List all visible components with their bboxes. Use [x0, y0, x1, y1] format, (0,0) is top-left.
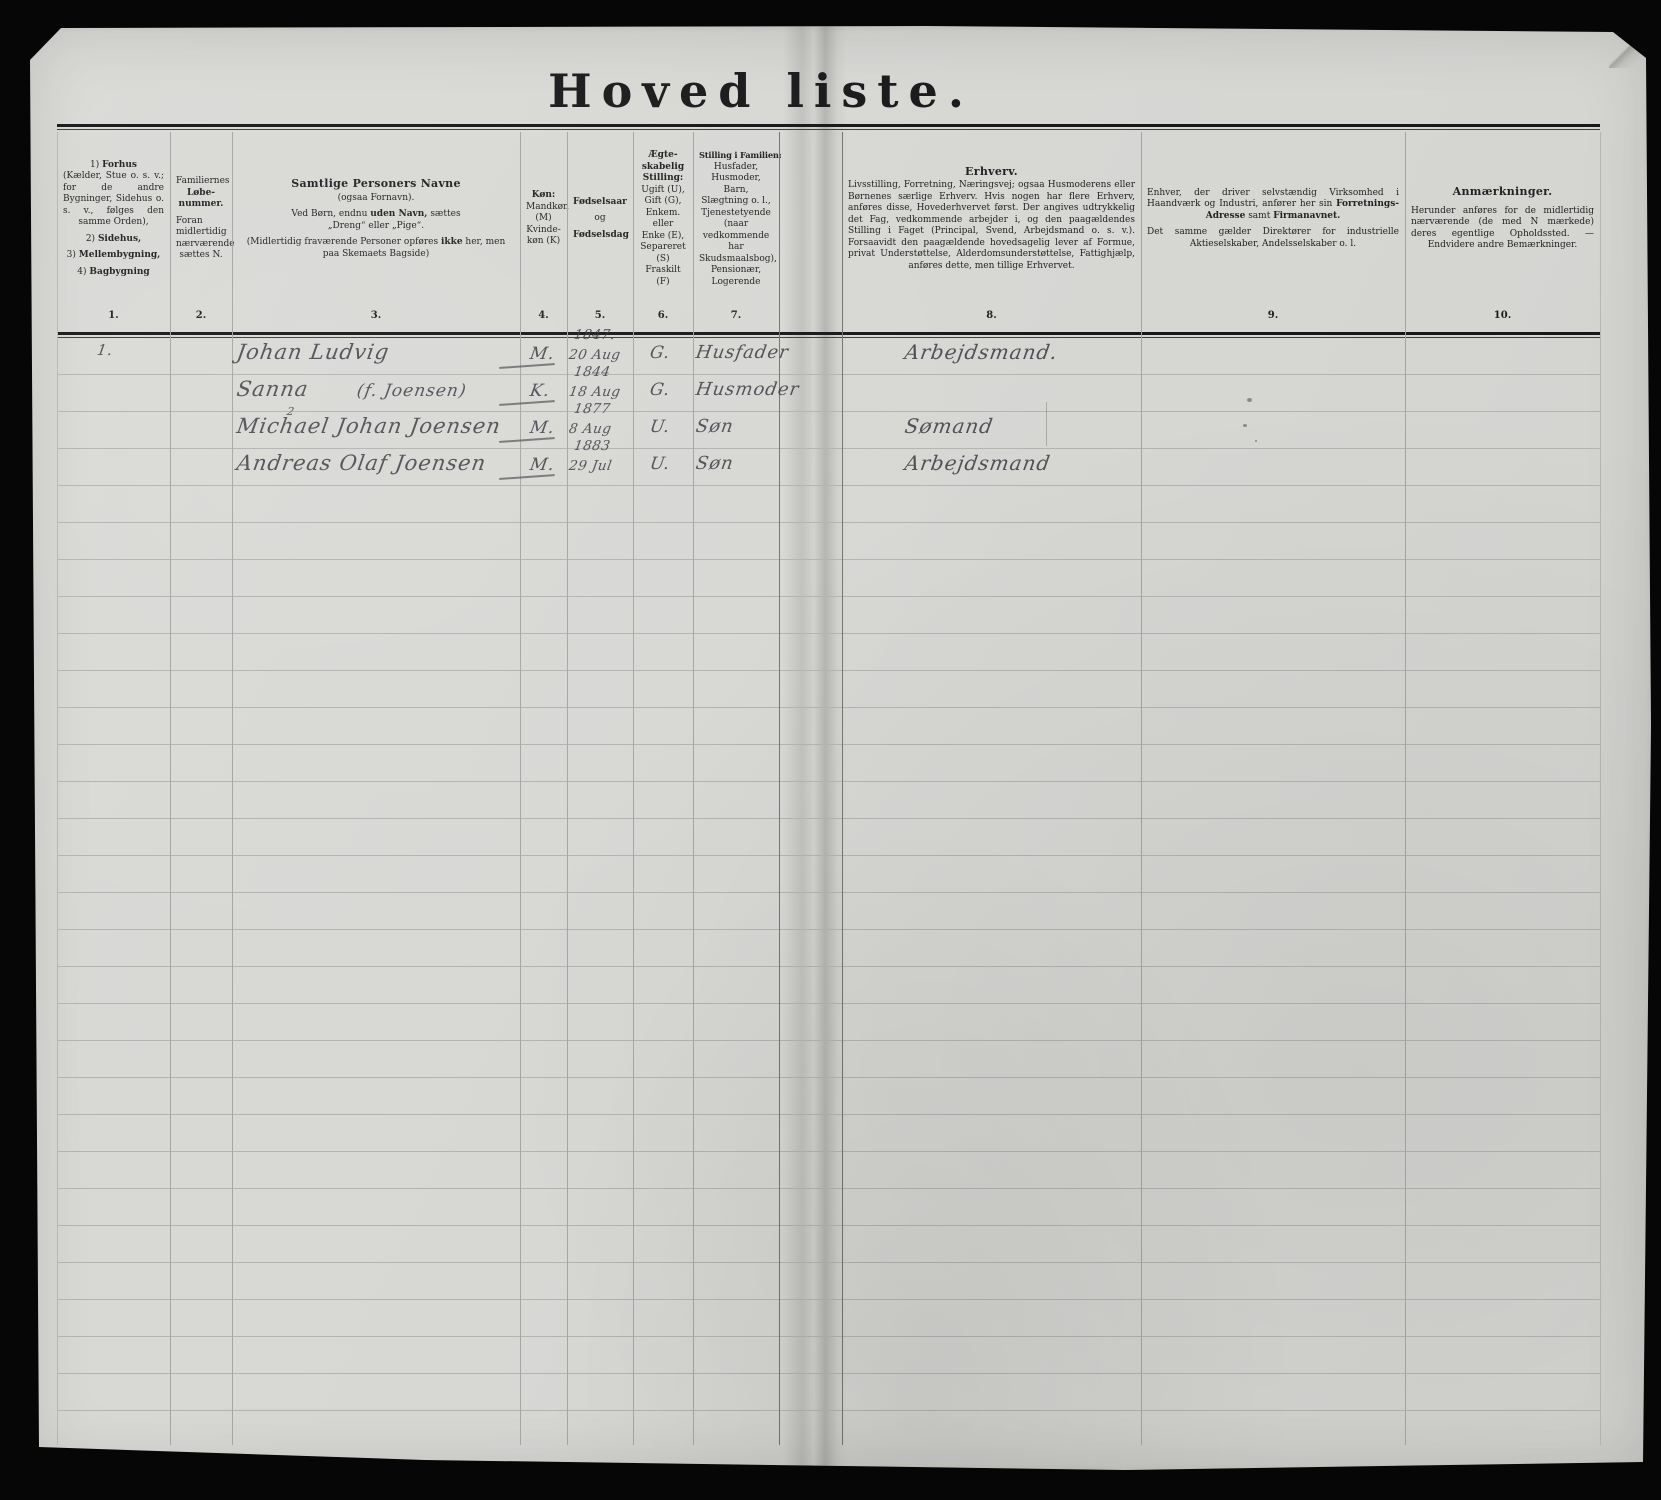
header-line: Fødselsaar: [573, 197, 627, 209]
header-line: 1) Forhus: [63, 160, 164, 172]
header-text: Stilling i Familien:: [699, 150, 782, 160]
column-number-4: 4.: [520, 310, 567, 330]
header-line: Husfader, Husmoder, Barn, Slægtning o. l…: [699, 162, 773, 289]
header-line: Gift (G),: [639, 196, 687, 208]
column-number-2: 2.: [170, 310, 232, 330]
column-number-8: 8.: [842, 310, 1141, 330]
header-line: 2) Sidehus,: [63, 234, 164, 246]
header-line: Enkem. eller: [639, 208, 687, 231]
header-text: Sidehus,: [98, 234, 141, 244]
header-line: (Midlertidig fraværende Personer opføres…: [238, 237, 514, 260]
header-line: Enke (E),: [639, 231, 687, 243]
header-text: Herunder anføres for de midlertidig nærv…: [1411, 206, 1594, 251]
column-line: [57, 132, 58, 1445]
header-line: Samtlige Personers Navne: [238, 178, 514, 190]
header-text: Samtlige Personers Navne: [291, 177, 461, 190]
header-line: nummer.: [176, 199, 226, 211]
header-line: Ugift (U),: [639, 185, 687, 197]
title-rule-thick: [57, 124, 1600, 127]
header-line: Foran midlertidig nærværende sættes N.: [176, 216, 226, 262]
header-text: Separeret: [640, 242, 686, 252]
header-line: (M): [526, 213, 561, 225]
column-header-1: 1) Forhus(Kælder, Stue o. s. v.; for de …: [57, 132, 170, 306]
column-number-7: 7.: [693, 310, 779, 330]
header-text: Familiernes: [176, 176, 230, 186]
header-line: Stilling:: [639, 173, 687, 185]
page-title: Hoved liste.: [25, 64, 1497, 118]
column-line: [1141, 132, 1142, 1445]
header-text: (ogsaa Fornavn).: [338, 193, 415, 203]
header-text: Enkem. eller: [646, 208, 681, 230]
column-number-10: 10.: [1405, 310, 1600, 330]
header-text: Firmanavnet.: [1273, 211, 1340, 221]
header-text: Foran midlertidig nærværende sættes N.: [176, 216, 235, 261]
header-text: Ægte-: [648, 150, 677, 160]
header-text: Erhverv.: [965, 165, 1018, 178]
column-header-8: Erhverv.Livsstilling, Forretning, Næring…: [842, 132, 1141, 306]
header-line: Anmærkninger.: [1411, 186, 1594, 198]
header-text: 1): [90, 160, 102, 170]
header-line: Mandkøn: [526, 202, 561, 214]
header-text: Kvinde-: [526, 225, 561, 235]
column-line: [170, 132, 171, 1445]
header-line: Erhverv.: [848, 166, 1135, 178]
column-header-6: Ægte-skabeligStilling:Ugift (U),Gift (G)…: [633, 132, 693, 306]
column-header-5: FødselsaarogFødselsdag: [567, 132, 633, 306]
header-text: Det samme gælder Direktører for industri…: [1147, 227, 1399, 249]
column-line: [232, 132, 233, 1445]
column-number-6: 6.: [633, 310, 693, 330]
header-text: Køn:: [532, 190, 556, 200]
header-text: Mellembygning,: [79, 250, 161, 260]
header-line: Køn:: [526, 190, 561, 202]
column-header-4: Køn:Mandkøn(M)Kvinde-køn (K): [520, 132, 567, 306]
column-line: [520, 132, 521, 1445]
header-text: ikke: [441, 237, 463, 247]
header-line: Fraskilt (F): [639, 265, 687, 288]
header-line: Separeret: [639, 242, 687, 254]
column-line: [842, 132, 843, 1445]
header-text: Forhus: [102, 160, 137, 170]
header-text: 3): [67, 250, 79, 260]
header-line: Enhver, der driver selvstændig Virksomhe…: [1147, 188, 1399, 223]
column-line: [693, 132, 694, 1445]
table-body: [57, 338, 1600, 1445]
column-line: [1405, 132, 1406, 1445]
header-text: Ved Børn, endnu: [291, 209, 370, 219]
header-text: (M): [535, 213, 551, 223]
header-line: Livsstilling, Forretning, Næringsvej; og…: [848, 180, 1135, 272]
column-header-3: Samtlige Personers Navne(ogsaa Fornavn).…: [232, 132, 520, 306]
header-line: Ved Børn, endnu uden Navn, sættes: [238, 209, 514, 221]
header-text: Husfader, Husmoder, Barn, Slægtning o. l…: [699, 162, 777, 287]
header-text: (Kælder, Stue o. s. v.; for de andre Byg…: [63, 171, 164, 227]
header-text: samt: [1245, 211, 1273, 221]
header-text: Fraskilt (F): [645, 265, 680, 287]
header-line: 4) Bagbygning: [63, 267, 164, 279]
column-line: [1600, 132, 1601, 1445]
header-text: 2): [86, 234, 98, 244]
header-text: køn (K): [527, 236, 560, 246]
header-line: Fødselsdag: [573, 230, 627, 242]
header-line: Løbe-: [176, 188, 226, 200]
header-text: (Midlertidig fraværende Personer opføres: [247, 237, 441, 247]
column-header-9: Enhver, der driver selvstændig Virksomhe…: [1141, 132, 1405, 306]
column-number-1: 1.: [57, 310, 170, 330]
header-text: Fødselsdag: [573, 230, 629, 240]
header-line: Stilling i Familien:: [699, 150, 773, 162]
column-number-3: 3.: [232, 310, 520, 330]
header-text: skabelig: [642, 162, 684, 172]
header-text: „Dreng“ eller „Pige“.: [328, 221, 424, 231]
header-rule-thick: [57, 332, 1600, 335]
header-line: Det samme gælder Direktører for industri…: [1147, 227, 1399, 250]
column-number-9: 9.: [1141, 310, 1405, 330]
column-line: [633, 132, 634, 1445]
header-text: 4): [77, 267, 89, 277]
header-text: sættes: [427, 209, 460, 219]
header-text: Bagbygning: [89, 267, 149, 277]
header-text: Fødselsaar: [573, 197, 627, 207]
header-line: (Kælder, Stue o. s. v.; for de andre Byg…: [63, 171, 164, 229]
header-line: (ogsaa Fornavn).: [238, 193, 514, 205]
header-text: Anmærkninger.: [1453, 185, 1553, 198]
header-line: 3) Mellembygning,: [63, 250, 164, 262]
header-text: Enke (E),: [642, 231, 684, 241]
header-line: skabelig: [639, 162, 687, 174]
header-line: Kvinde-: [526, 225, 561, 237]
header-text: nummer.: [179, 199, 224, 209]
header-text: Løbe-: [187, 188, 215, 198]
header-text: (S): [656, 254, 669, 264]
column-line: [567, 132, 568, 1445]
header-text: Livsstilling, Forretning, Næringsvej; og…: [848, 180, 1135, 271]
header-line: Ægte-: [639, 150, 687, 162]
column-header-7: Stilling i Familien:Husfader, Husmoder, …: [693, 132, 779, 306]
column-line: [779, 132, 780, 1445]
header-text: og: [594, 213, 605, 223]
header-line: „Dreng“ eller „Pige“.: [238, 221, 514, 233]
column-number-5: 5.: [567, 310, 633, 330]
header-line: Herunder anføres for de midlertidig nærv…: [1411, 206, 1594, 252]
census-sheet: Hoved liste. 1) Forhus(Kælder, Stue o. s…: [25, 26, 1653, 1472]
column-header-10: Anmærkninger.Herunder anføres for de mid…: [1405, 132, 1600, 306]
header-text: uden Navn,: [370, 209, 427, 219]
header-line: og: [573, 213, 627, 225]
title-rule-thin: [57, 129, 1600, 130]
column-header-2: FamiliernesLøbe-nummer.Foran midlertidig…: [170, 132, 232, 306]
header-text: Gift (G),: [645, 196, 682, 206]
page-corner-fold: [1609, 26, 1651, 68]
header-line: Familiernes: [176, 176, 226, 188]
header-line: (S): [639, 254, 687, 266]
header-text: Stilling:: [643, 173, 684, 183]
header-line: køn (K): [526, 236, 561, 248]
header-text: Ugift (U),: [641, 185, 685, 195]
header-text: Mandkøn: [526, 202, 569, 212]
